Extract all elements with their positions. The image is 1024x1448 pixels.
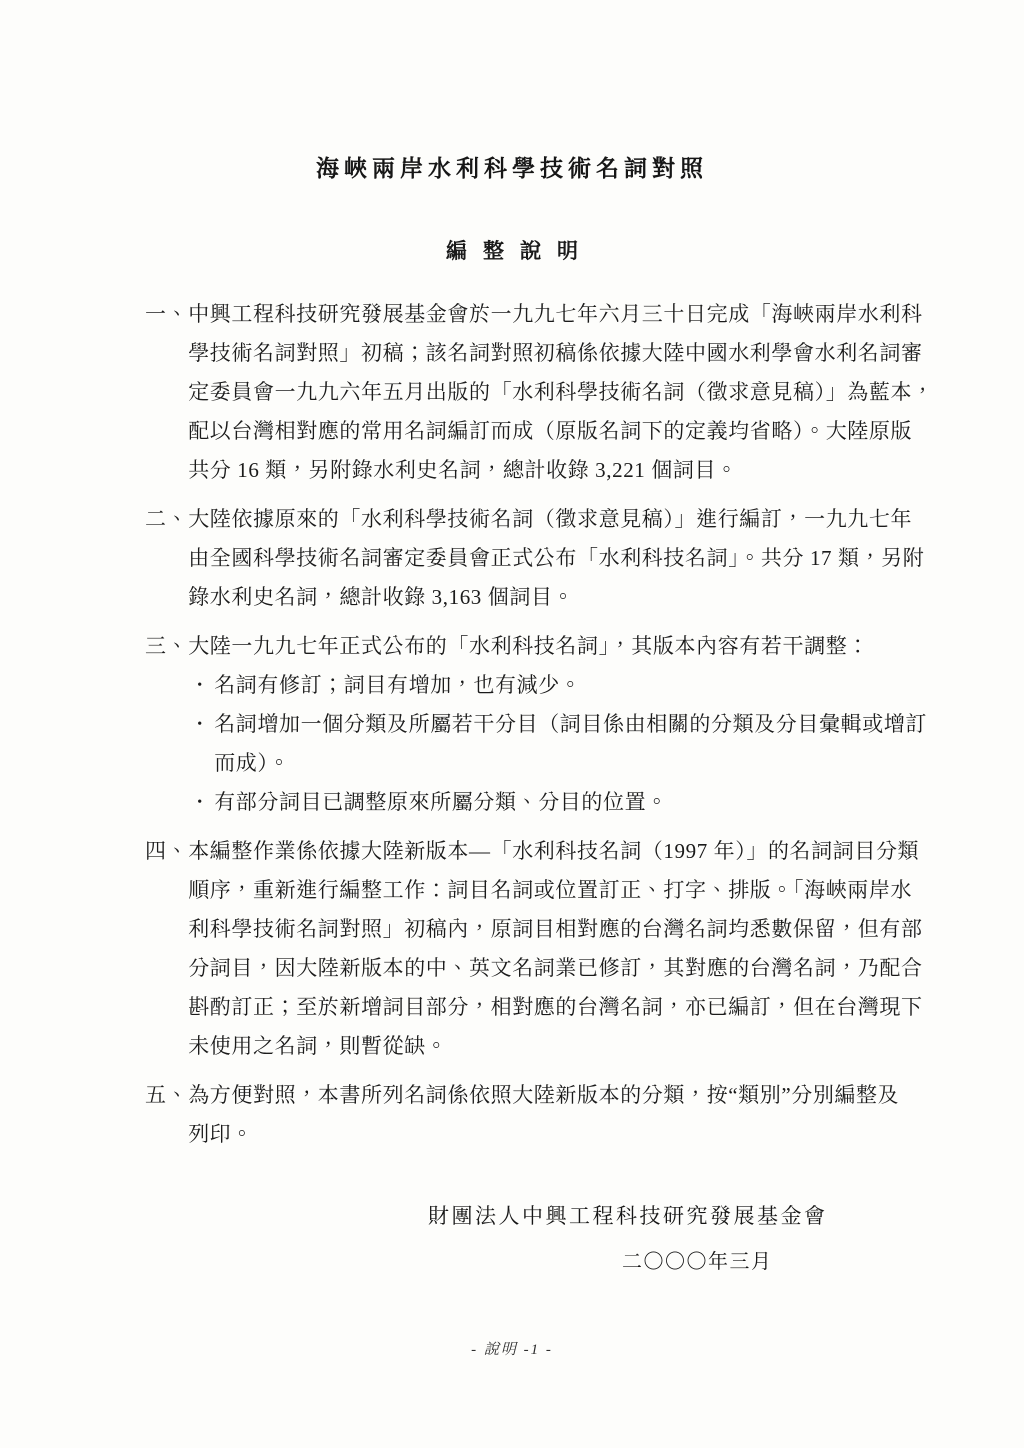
note-line: 本編整作業係依據大陸新版本—「水利科技名詞（1997 年）」的名詞詞目分類 <box>188 832 922 871</box>
note-line: 大陸一九九七年正式公布的「水利科技名詞」，其版本內容有若干調整： <box>188 627 927 666</box>
note-marker: 一、 <box>145 295 188 334</box>
bullet-line: 名詞有修訂；詞目有增加，也有減少。 <box>214 666 927 705</box>
note-line: 順序，重新進行編整工作：詞目名詞或位置訂正、打字、排版。「海峽兩岸水 <box>188 871 922 910</box>
note-item: 五、為方便對照，本書所列名詞係依照大陸新版本的分類，按“類別”分別編整及列印。 <box>145 1076 912 1154</box>
note-item: 一、中興工程科技研究發展基金會於一九九七年六月三十日完成「海峽兩岸水利科學技術名… <box>145 295 912 490</box>
note-line: 共分 16 類，另附錄水利史名詞，總計收錄 3,221 個詞目。 <box>188 451 934 490</box>
page-number-label: - 說明 -1 - <box>0 1338 1024 1359</box>
bullet-body: 有部分詞目已調整原來所屬分類、分目的位置。 <box>214 783 927 822</box>
bullet-dot-icon: • <box>197 783 214 822</box>
signature-organization: 財團法人中興工程科技研究發展基金會 <box>428 1200 828 1230</box>
note-line: 為方便對照，本書所列名詞係依照大陸新版本的分類，按“類別”分別編整及 <box>188 1076 912 1115</box>
note-line: 分詞目，因大陸新版本的中、英文名詞業已修訂，其對應的台灣名詞，乃配合 <box>188 949 922 988</box>
note-marker: 五、 <box>145 1076 188 1115</box>
bullet-line: 名詞增加一個分類及所屬若干分目（詞目係由相關的分類及分目彙輯或增訂 <box>214 705 927 744</box>
note-line: 利科學技術名詞對照」初稿內，原詞目相對應的台灣名詞均悉數保留，但有部 <box>188 910 922 949</box>
note-line: 列印。 <box>188 1115 912 1154</box>
note-body: 本編整作業係依據大陸新版本—「水利科技名詞（1997 年）」的名詞詞目分類順序，… <box>188 832 922 1066</box>
bullet-item: •有部分詞目已調整原來所屬分類、分目的位置。 <box>197 783 927 822</box>
note-item: 三、大陸一九九七年正式公布的「水利科技名詞」，其版本內容有若干調整：•名詞有修訂… <box>145 627 912 822</box>
bullet-line: 有部分詞目已調整原來所屬分類、分目的位置。 <box>214 783 927 822</box>
note-line: 大陸依據原來的「水利科學技術名詞（徵求意見稿）」進行編訂，一九九七年 <box>188 500 924 539</box>
document-title: 海峽兩岸水利科學技術名詞對照 <box>0 0 1024 183</box>
note-line: 由全國科學技術名詞審定委員會正式公布「水利科技名詞」。共分 17 類，另附 <box>188 539 924 578</box>
note-line: 錄水利史名詞，總計收錄 3,163 個詞目。 <box>188 578 924 617</box>
note-line: 配以台灣相對應的常用名詞編訂而成（原版名詞下的定義均省略）。大陸原版 <box>188 412 934 451</box>
note-item: 二、大陸依據原來的「水利科學技術名詞（徵求意見稿）」進行編訂，一九九七年由全國科… <box>145 500 912 617</box>
bullet-dot-icon: • <box>197 666 214 705</box>
note-line: 中興工程科技研究發展基金會於一九九七年六月三十日完成「海峽兩岸水利科 <box>188 295 934 334</box>
note-body: 大陸依據原來的「水利科學技術名詞（徵求意見稿）」進行編訂，一九九七年由全國科學技… <box>188 500 924 617</box>
note-body: 大陸一九九七年正式公布的「水利科技名詞」，其版本內容有若干調整：•名詞有修訂；詞… <box>188 627 927 822</box>
document-page: 海峽兩岸水利科學技術名詞對照 編整說明 一、中興工程科技研究發展基金會於一九九七… <box>0 0 1024 1448</box>
signature-date: 二〇〇〇年三月 <box>622 1245 773 1274</box>
notes-list: 一、中興工程科技研究發展基金會於一九九七年六月三十日完成「海峽兩岸水利科學技術名… <box>145 295 912 1154</box>
note-marker: 三、 <box>145 627 188 666</box>
section-heading: 編整說明 <box>0 235 1024 265</box>
bullet-item: •名詞增加一個分類及所屬若干分目（詞目係由相關的分類及分目彙輯或增訂而成）。 <box>197 705 927 783</box>
bullet-body: 名詞增加一個分類及所屬若干分目（詞目係由相關的分類及分目彙輯或增訂而成）。 <box>214 705 927 783</box>
note-line: 學技術名詞對照」初稿；該名詞對照初稿係依據大陸中國水利學會水利名詞審 <box>188 334 934 373</box>
note-marker: 四、 <box>145 832 188 871</box>
bullet-item: •名詞有修訂；詞目有增加，也有減少。 <box>197 666 927 705</box>
note-body: 中興工程科技研究發展基金會於一九九七年六月三十日完成「海峽兩岸水利科學技術名詞對… <box>188 295 934 490</box>
bullet-line: 而成）。 <box>214 744 927 783</box>
bullet-dot-icon: • <box>197 705 214 744</box>
note-line: 斟酌訂正；至於新增詞目部分，相對應的台灣名詞，亦已編訂，但在台灣現下 <box>188 988 922 1027</box>
bullet-body: 名詞有修訂；詞目有增加，也有減少。 <box>214 666 927 705</box>
note-line: 定委員會一九九六年五月出版的「水利科學技術名詞（徵求意見稿）」為藍本， <box>188 373 934 412</box>
note-item: 四、本編整作業係依據大陸新版本—「水利科技名詞（1997 年）」的名詞詞目分類順… <box>145 832 912 1066</box>
note-line: 未使用之名詞，則暫從缺。 <box>188 1027 922 1066</box>
note-marker: 二、 <box>145 500 188 539</box>
note-body: 為方便對照，本書所列名詞係依照大陸新版本的分類，按“類別”分別編整及列印。 <box>188 1076 912 1154</box>
